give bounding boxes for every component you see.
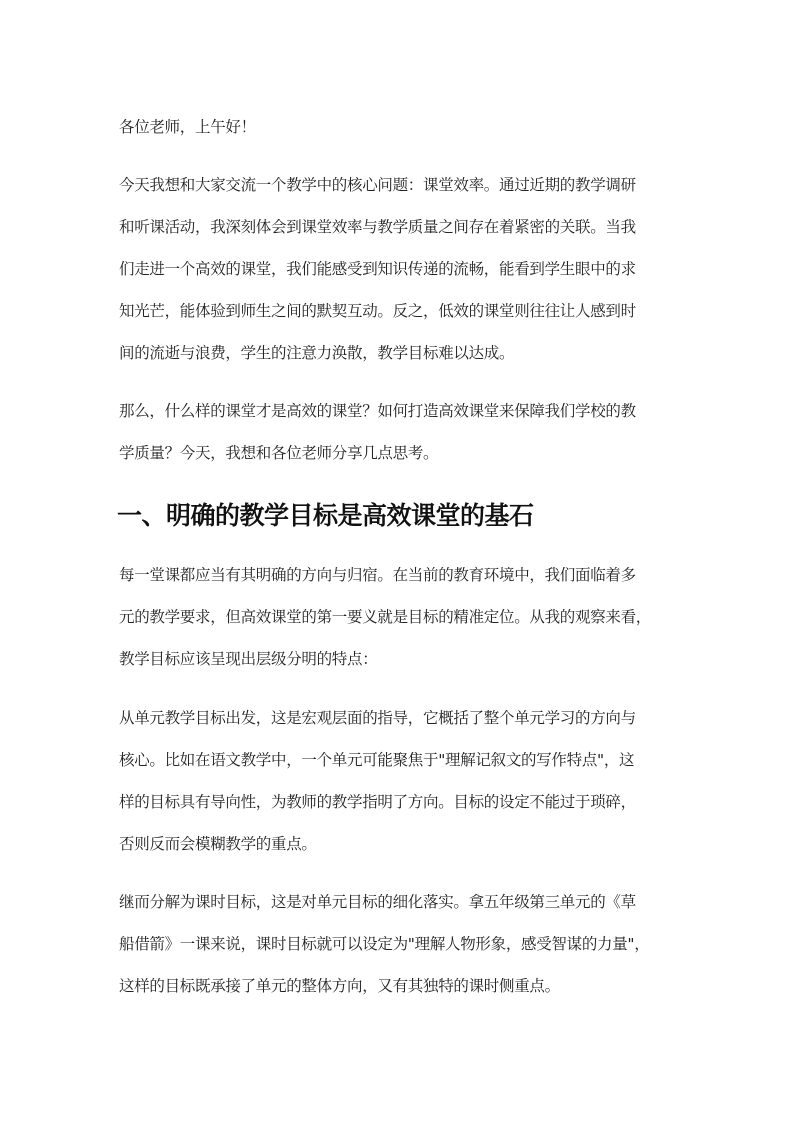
greeting-text: 各位老师，上午好！ (119, 117, 256, 137)
paragraph-line: 和听课活动，我深刻体会到课堂效率与教学质量之间存在着紧密的关联。当我 (119, 217, 636, 237)
paragraph-line: 间的流逝与浪费，学生的注意力涣散，教学目标难以达成。 (119, 343, 514, 363)
paragraph-line: 继而分解为课时目标，这是对单元目标的细化落实。拿五年级第三单元的《草 (119, 892, 636, 912)
paragraph-line: 每一堂课都应当有其明确的方向与归宿。在当前的教育环境中，我们面临着多 (119, 565, 636, 585)
paragraph-line: 样的目标具有导向性，为教师的教学指明了方向。目标的设定不能过于琐碎， (119, 792, 636, 812)
paragraph-line: 知光芒，能体验到师生之间的默契互动。反之，低效的课堂则往往让人感到时 (119, 301, 636, 321)
paragraph-line: 这样的目标既承接了单元的整体方向，又有其独特的课时侧重点。 (119, 976, 560, 996)
paragraph-line: 学质量？今天，我想和各位老师分享几点思考。 (119, 443, 438, 463)
paragraph-line: 那么，什么样的课堂才是高效的课堂？如何打造高效课堂来保障我们学校的教 (119, 401, 636, 421)
paragraph-line: 元的教学要求，但高效课堂的第一要义就是目标的精准定位。从我的观察来看， (119, 607, 651, 627)
paragraph-line: 今天我想和大家交流一个教学中的核心问题：课堂效率。通过近期的教学调研 (119, 175, 636, 195)
document-page: 各位老师，上午好！ 今天我想和大家交流一个教学中的核心问题：课堂效率。通过近期的… (0, 0, 793, 1122)
section-heading: 一、明确的教学目标是高效课堂的基石 (117, 500, 534, 532)
paragraph-line: 教学目标应该呈现出层级分明的特点： (119, 649, 377, 669)
paragraph-line: 核心。比如在语文教学中，一个单元可能聚焦于"理解记叙文的写作特点"，这 (119, 750, 634, 770)
paragraph-line: 否则反而会模糊教学的重点。 (119, 834, 317, 854)
paragraph-line: 船借箭》一课来说，课时目标就可以设定为"理解人物形象，感受智谋的力量"， (119, 934, 649, 954)
paragraph-line: 们走进一个高效的课堂，我们能感受到知识传递的流畅，能看到学生眼中的求 (119, 259, 636, 279)
paragraph-line: 从单元教学目标出发，这是宏观层面的指导，它概括了整个单元学习的方向与 (119, 708, 636, 728)
